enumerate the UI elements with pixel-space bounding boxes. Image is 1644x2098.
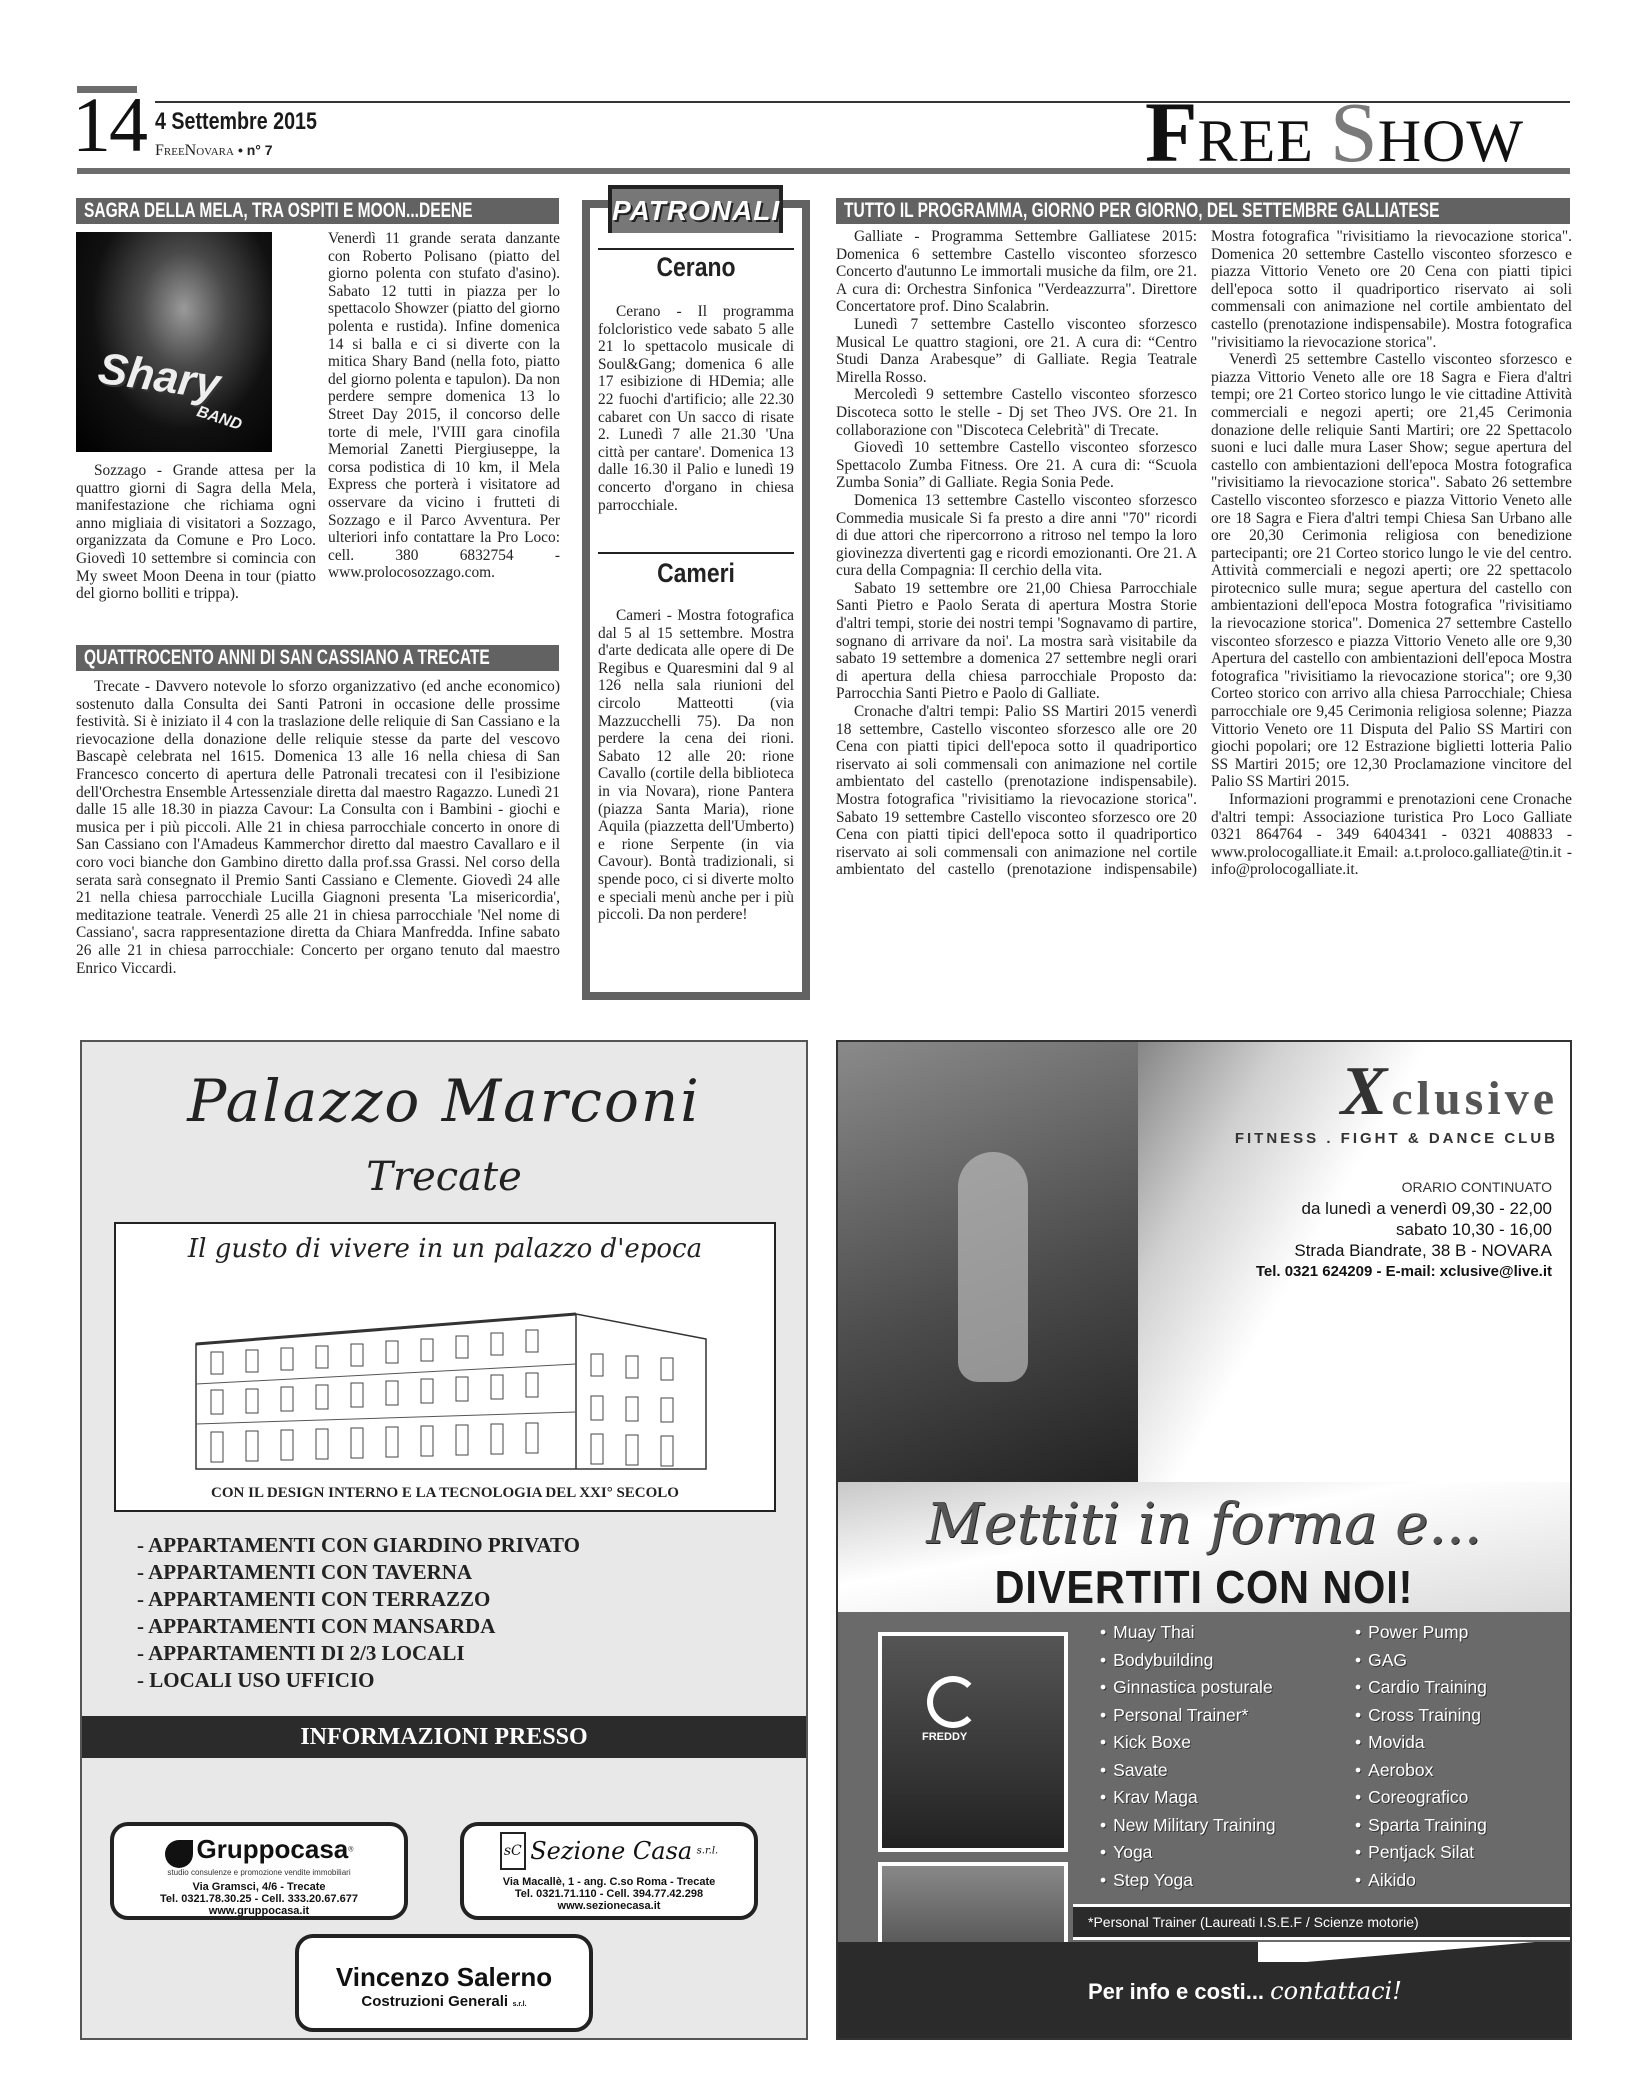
sports-list: Muay Thai Bodybuilding Ginnastica postur… <box>1100 1619 1570 1894</box>
publication-line: FreeNovara • n° 7 <box>155 142 273 160</box>
freddy-logo-icon <box>927 1676 979 1728</box>
building-sketch-icon <box>176 1284 716 1474</box>
feature-item: - APPARTAMENTI CON TAVERNA <box>137 1559 580 1586</box>
sport-item: Step Yoga <box>1100 1867 1355 1895</box>
cerano-body: Cerano - Il programma folcloristico vede… <box>598 303 794 514</box>
headline-trecate: QUATTROCENTO ANNI DI SAN CASSIANO A TREC… <box>76 645 559 671</box>
sport-item: Sparta Training <box>1355 1812 1570 1840</box>
builder-vincenzo-salerno: Vincenzo Salerno Costruzioni Generali s.… <box>295 1934 593 2032</box>
sagra-body-left: Sozzago - Grande attesa per la quattro g… <box>76 462 316 603</box>
sport-item: Movida <box>1355 1729 1570 1757</box>
sport-item: Ginnastica posturale <box>1100 1674 1355 1702</box>
sports-column-1: Muay Thai Bodybuilding Ginnastica postur… <box>1100 1619 1355 1894</box>
ad-xclusive: Xclusive FITNESS . FIGHT & DANCE CLUB OR… <box>836 1040 1572 2040</box>
g-logo-icon <box>165 1840 193 1868</box>
decorative-stripe <box>1258 1942 1572 1962</box>
woman-figure <box>958 1152 1028 1382</box>
headline-sagra: SAGRA DELLA MELA, TRA OSPITI E MOON...DE… <box>76 198 559 224</box>
sport-item: Coreografico <box>1355 1784 1570 1812</box>
publication-name: FreeNovara <box>155 142 234 159</box>
feature-item: - APPARTAMENTI CON GIARDINO PRIVATO <box>137 1532 580 1559</box>
cerano-title: Cerano <box>606 252 786 283</box>
ad-palazzo-marconi: Palazzo Marconi Trecate Il gusto di vive… <box>80 1040 808 2040</box>
sports-column-2: Power Pump GAG Cardio Training Cross Tra… <box>1355 1619 1570 1894</box>
xclusive-logo: Xclusive <box>1198 1052 1558 1132</box>
xclusive-tagline: FITNESS . FIGHT & DANCE CLUB <box>1168 1130 1558 1147</box>
gruppocasa-logo: Gruppocasa® <box>114 1834 404 1868</box>
ad-subtitle: Trecate <box>82 1154 806 1200</box>
ad-design-note: CON IL DESIGN INTERNO E LA TECNOLOGIA DE… <box>116 1485 774 1502</box>
sport-item: Muay Thai <box>1100 1619 1355 1647</box>
galliate-body: Galliate - Programma Settembre Galliates… <box>836 228 1572 1006</box>
divider <box>598 552 794 554</box>
sport-item: Cross Training <box>1355 1702 1570 1730</box>
gym-photo <box>838 1042 1138 1482</box>
patronali-label: PATRONALI <box>608 185 783 233</box>
shary-band-photo: Shary BAND <box>76 232 272 452</box>
feature-item: - APPARTAMENTI DI 2/3 LOCALI <box>137 1640 580 1667</box>
sport-item: Pentjack Silat <box>1355 1839 1570 1867</box>
sport-item: Personal Trainer* <box>1100 1702 1355 1730</box>
boxing-photo: FREDDY <box>878 1632 1068 1852</box>
features-list: - APPARTAMENTI CON GIARDINO PRIVATO - AP… <box>137 1532 580 1694</box>
opening-hours: ORARIO CONTINUATO da lunedì a venerdì 09… <box>1256 1177 1552 1282</box>
agency-sezionecasa: sC Sezione Casa s.r.l. Via Macallè, 1 - … <box>460 1822 758 1920</box>
sport-item: Savate <box>1100 1757 1355 1785</box>
ad-tagline: Il gusto di vivere in un palazzo d'epoca <box>116 1234 774 1264</box>
issue-date: 4 Settembre 2015 <box>155 108 317 136</box>
section-masthead: FREE SHOW <box>1145 90 1524 174</box>
sport-item: Power Pump <box>1355 1619 1570 1647</box>
agency-gruppocasa: Gruppocasa® studio consulenze e promozio… <box>110 1822 408 1920</box>
sport-item: GAG <box>1355 1647 1570 1675</box>
trecate-body: Trecate - Davvero notevole lo sforzo org… <box>76 678 560 977</box>
slogan-script: Mettiti in forma e... <box>838 1492 1570 1557</box>
personal-trainer-footnote: *Personal Trainer (Laureati I.S.E.F / Sc… <box>1073 1904 1572 1940</box>
photo-logo-band: BAND <box>194 403 244 434</box>
sport-item: Aikido <box>1355 1867 1570 1895</box>
slogan-bold: DIVERTITI CON NOI! <box>875 1560 1534 1614</box>
sagra-body-right: Venerdì 11 grande serata danzante con Ro… <box>328 230 560 582</box>
house-sc-icon: sC <box>500 1832 526 1870</box>
sport-item: Bodybuilding <box>1100 1647 1355 1675</box>
sezionecasa-logo: sC Sezione Casa s.r.l. <box>464 1832 754 1876</box>
sport-item: Aerobox <box>1355 1757 1570 1785</box>
page-number: 14 <box>72 90 146 160</box>
sport-item: New Military Training <box>1100 1812 1355 1840</box>
cameri-body: Cameri - Mostra fotografica dal 5 al 15 … <box>598 607 794 924</box>
info-header: INFORMAZIONI PRESSO <box>82 1716 806 1758</box>
photo-logo: Shary <box>95 344 223 411</box>
feature-item: - APPARTAMENTI CON MANSARDA <box>137 1613 580 1640</box>
sport-item: Cardio Training <box>1355 1674 1570 1702</box>
building-illustration-frame: Il gusto di vivere in un palazzo d'epoca… <box>114 1222 776 1512</box>
headline-galliate: TUTTO IL PROGRAMMA, GIORNO PER GIORNO, D… <box>836 198 1570 224</box>
cameri-title: Cameri <box>606 558 786 589</box>
divider <box>598 248 794 250</box>
sport-item: Krav Maga <box>1100 1784 1355 1812</box>
sport-item: Yoga <box>1100 1839 1355 1867</box>
issue-number: n° 7 <box>247 142 273 158</box>
contact-cta: Per info e costi... contattaci! <box>1088 1977 1402 2005</box>
feature-item: - APPARTAMENTI CON TERRAZZO <box>137 1586 580 1613</box>
ad-title: Palazzo Marconi <box>82 1067 806 1135</box>
sport-item: Kick Boxe <box>1100 1729 1355 1757</box>
feature-item: - LOCALI USO UFFICIO <box>137 1667 580 1694</box>
